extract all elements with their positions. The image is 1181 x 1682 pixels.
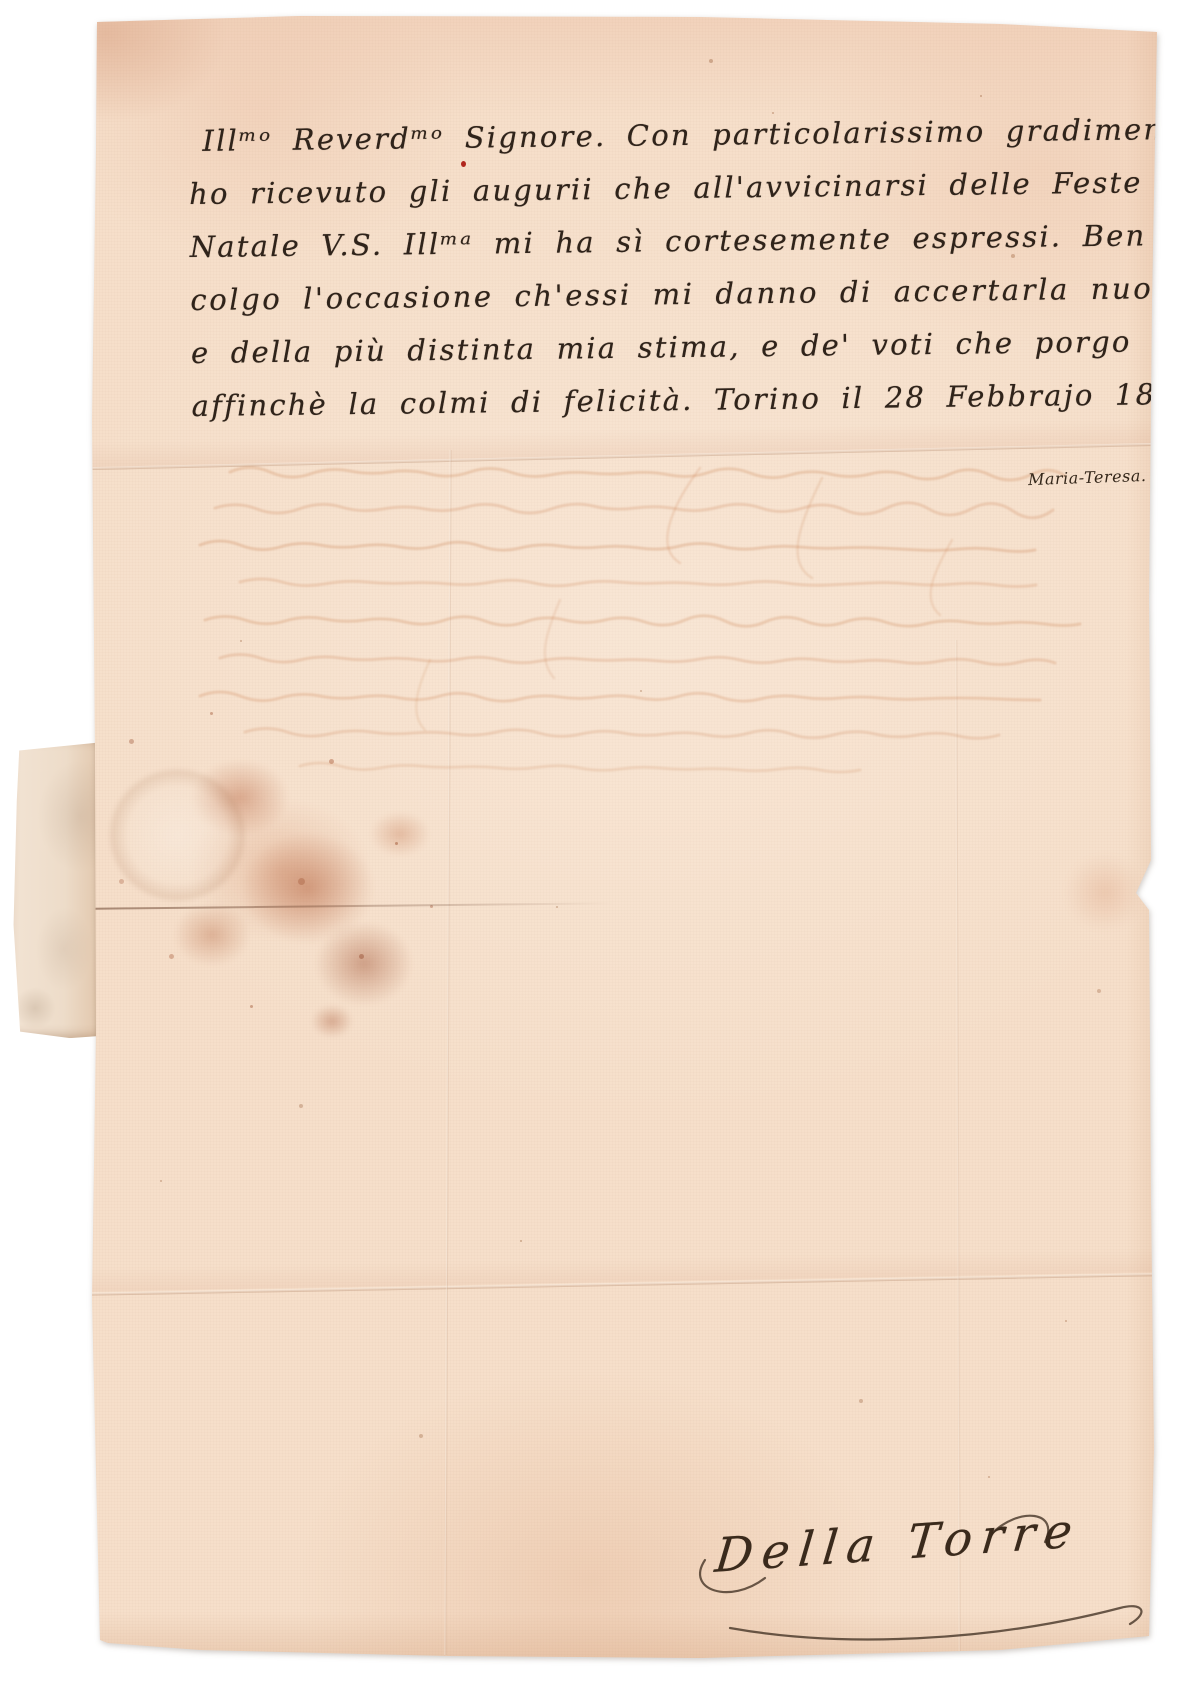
paper-sheet-wrap: Illᵐᵒ Reverdᵐᵒ Signore. Con particolaris… — [0, 0, 1181, 1682]
pin-mark — [63, 1026, 68, 1038]
foxing-specks — [0, 0, 2, 2]
seal-speckles — [0, 0, 3, 3]
letter-body: Illᵐᵒ Reverdᵐᵒ Signore. Con particolaris… — [188, 101, 1181, 433]
red-ink-dot — [461, 161, 466, 167]
scan-background: Illᵐᵒ Reverdᵐᵒ Signore. Con particolaris… — [0, 0, 1181, 1682]
paper-sheet: Illᵐᵒ Reverdᵐᵒ Signore. Con particolaris… — [0, 0, 1181, 1682]
